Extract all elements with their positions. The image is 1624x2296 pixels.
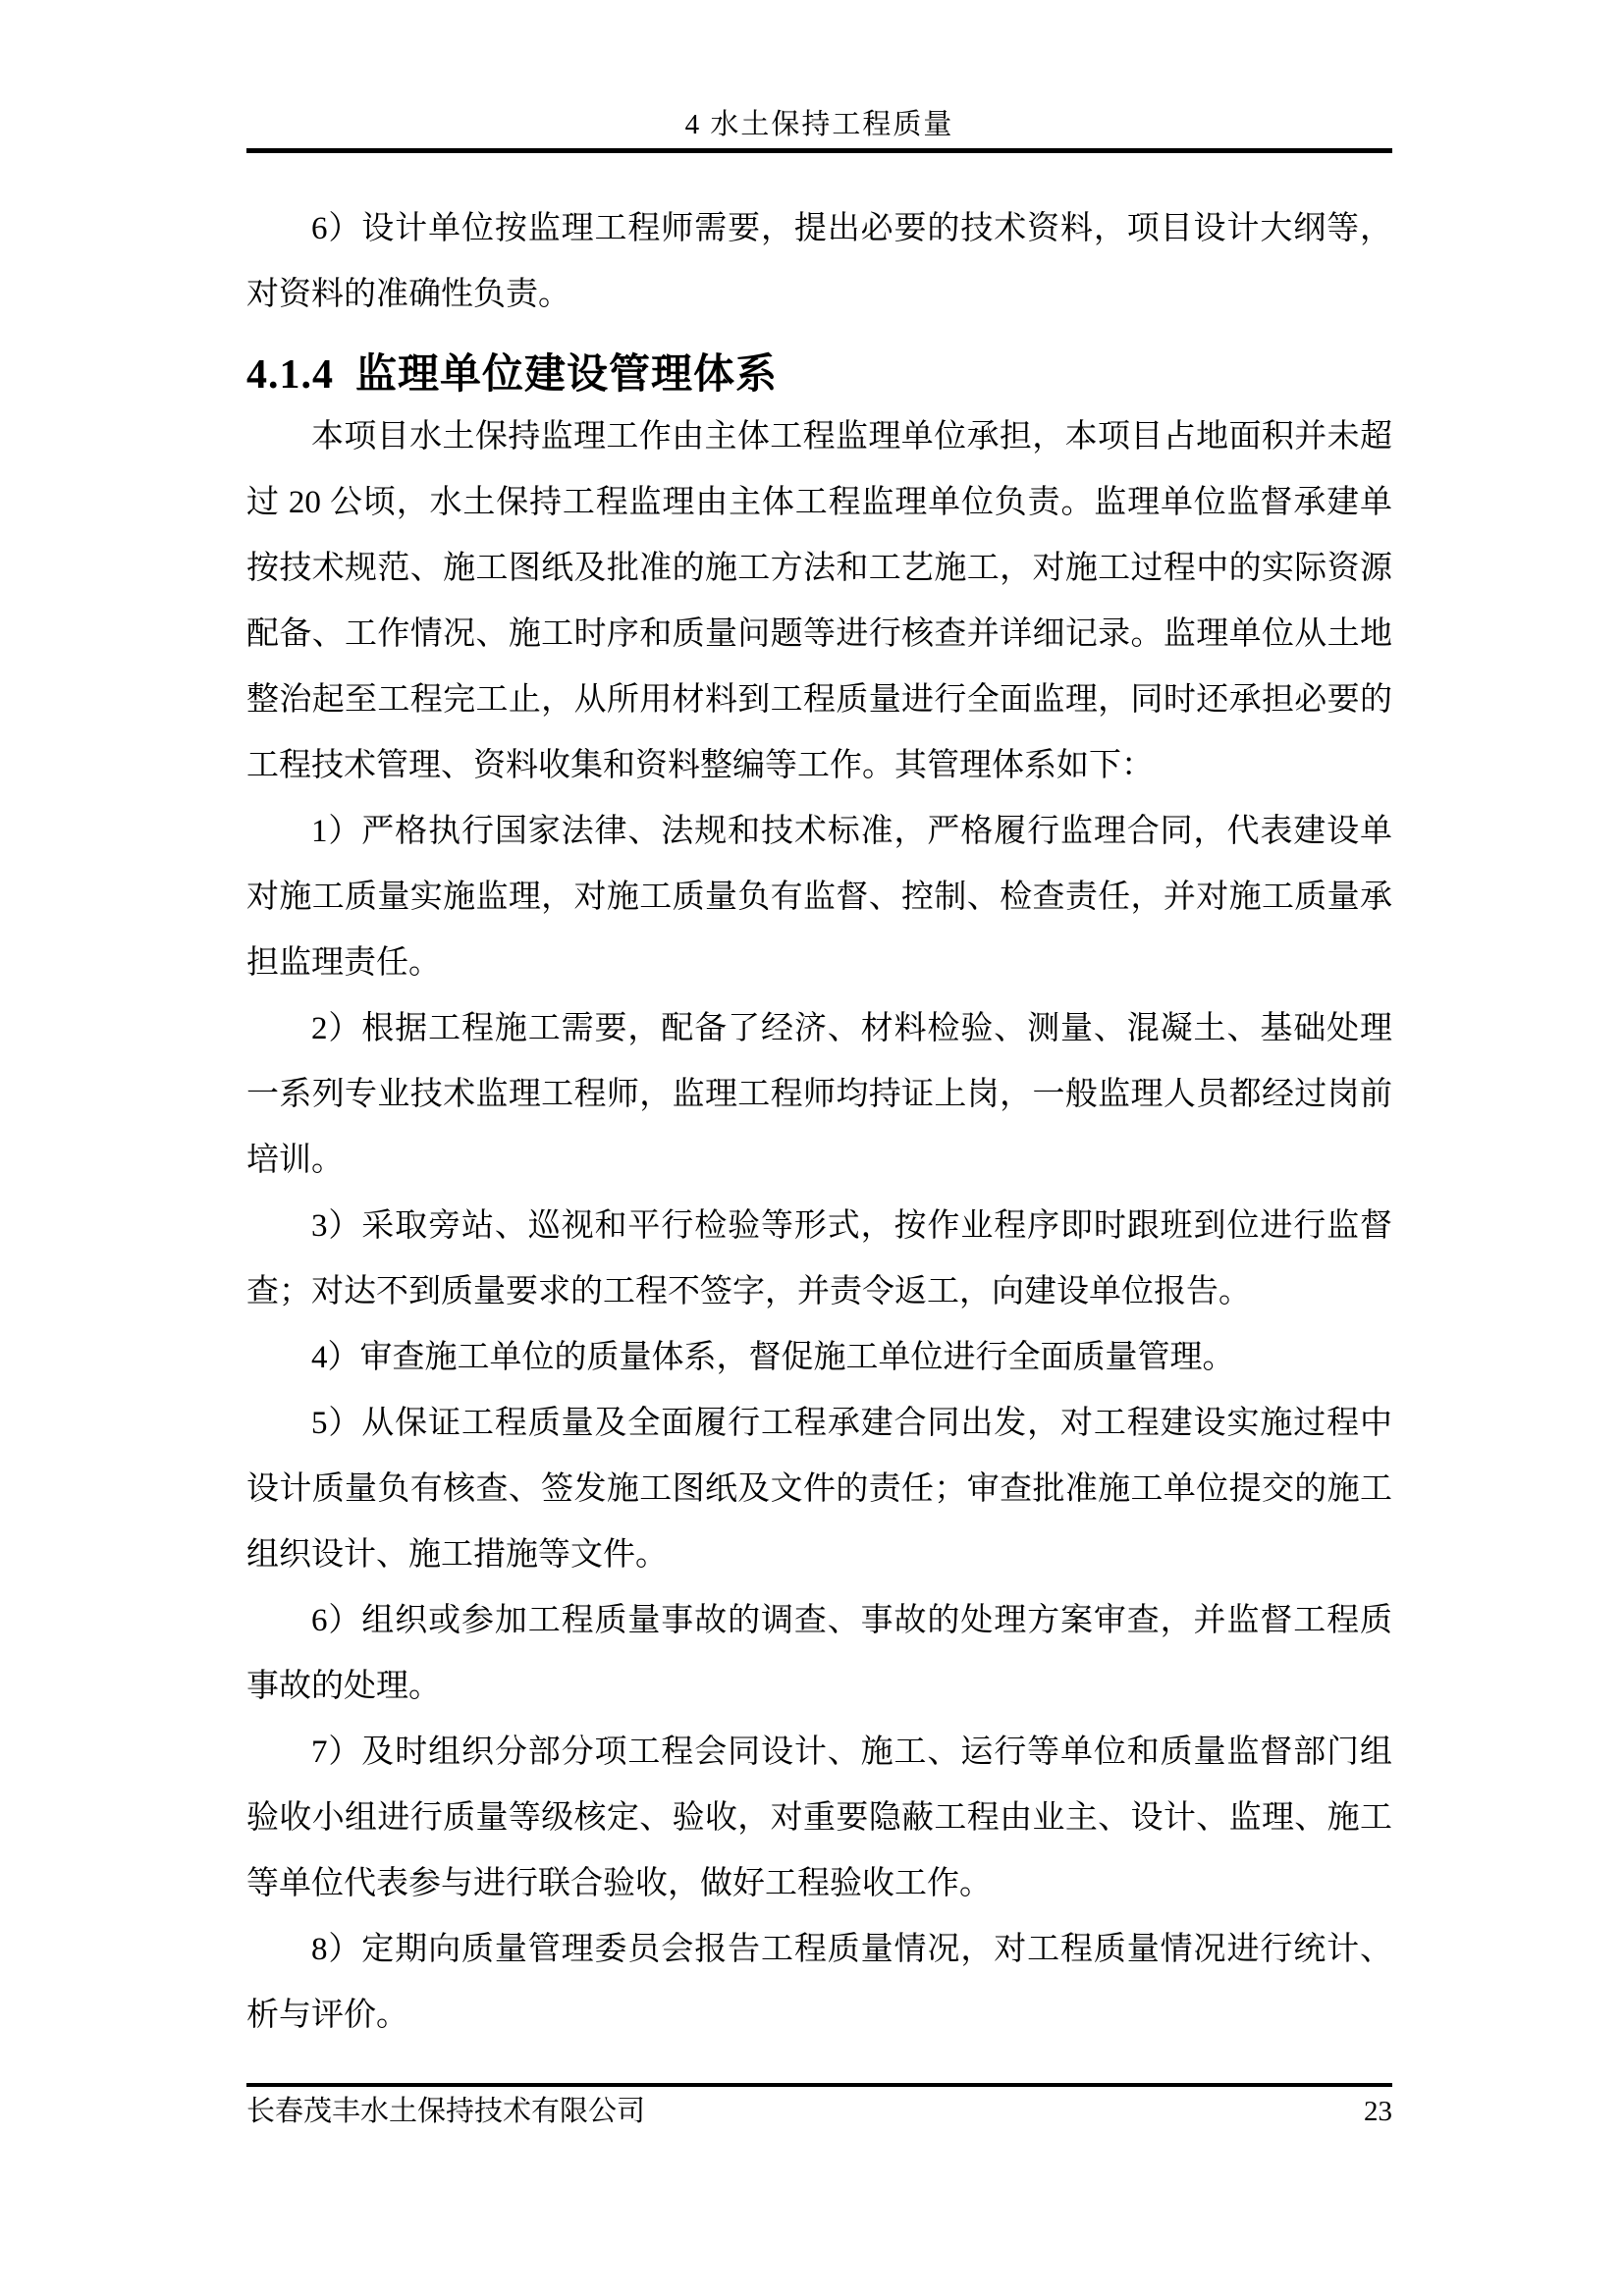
section-paragraphs: 本项目水土保持监理工作由主体工程监理单位承担，本项目占地面积并未超过 20 公顷… xyxy=(246,404,1392,2049)
body-line: 6）组织或参加工程质量事故的调查、事故的处理方案审查，并监督工程质量 xyxy=(311,1588,1392,1654)
paragraph: 2）根据工程施工需要，配备了经济、材料检验、测量、混凝土、基础处理等一系列专业技… xyxy=(246,996,1392,1194)
body-line: 1）严格执行国家法律、法规和技术标准，严格履行监理合同，代表建设单位 xyxy=(311,799,1392,865)
body-line: 6）设计单位按监理工程师需要，提出必要的技术资料，项目设计大纲等，并 xyxy=(311,196,1392,262)
document-page: 4 水土保持工程质量 6）设计单位按监理工程师需要，提出必要的技术资料，项目设计… xyxy=(0,0,1624,2296)
body-line: 4）审查施工单位的质量体系，督促施工单位进行全面质量管理。 xyxy=(311,1325,1392,1391)
intro-paragraphs: 6）设计单位按监理工程师需要，提出必要的技术资料，项目设计大纲等，并对资料的准确… xyxy=(246,196,1392,328)
body-line: 事故的处理。 xyxy=(246,1654,1392,1720)
body-line: 查；对达不到质量要求的工程不签字，并责令返工，向建设单位报告。 xyxy=(246,1259,1392,1325)
body-line: 按技术规范、施工图纸及批准的施工方法和工艺施工，对施工过程中的实际资源 xyxy=(246,536,1392,602)
body-line: 组织设计、施工措施等文件。 xyxy=(246,1522,1392,1588)
body-line: 析与评价。 xyxy=(246,1983,1392,2049)
body-line: 担监理责任。 xyxy=(246,931,1392,996)
footer-company-name: 长春茂丰水土保持技术有限公司 xyxy=(246,2091,645,2132)
paragraph: 本项目水土保持监理工作由主体工程监理单位承担，本项目占地面积并未超过 20 公顷… xyxy=(246,404,1392,799)
paragraph: 4）审查施工单位的质量体系，督促施工单位进行全面质量管理。 xyxy=(246,1325,1392,1391)
section-title: 监理单位建设管理体系 xyxy=(355,352,778,398)
body-line: 7）及时组织分部分项工程会同设计、施工、运行等单位和质量监督部门组成 xyxy=(311,1720,1392,1786)
paragraph: 6）组织或参加工程质量事故的调查、事故的处理方案审查，并监督工程质量事故的处理。 xyxy=(246,1588,1392,1720)
body-line: 整治起至工程完工止，从所用材料到工程质量进行全面监理，同时还承担必要的 xyxy=(246,667,1392,733)
section-heading: 4.1.4监理单位建设管理体系 xyxy=(246,346,1392,404)
section-number: 4.1.4 xyxy=(246,352,334,398)
paragraph: 1）严格执行国家法律、法规和技术标准，严格履行监理合同，代表建设单位对施工质量实… xyxy=(246,799,1392,996)
body-line: 过 20 公顷，水土保持工程监理由主体工程监理单位负责。监理单位监督承建单位 xyxy=(246,470,1392,536)
body-line: 工程技术管理、资料收集和资料整编等工作。其管理体系如下： xyxy=(246,733,1392,799)
document-body: 6）设计单位按监理工程师需要，提出必要的技术资料，项目设计大纲等，并对资料的准确… xyxy=(246,196,1392,2049)
body-line: 配备、工作情况、施工时序和质量问题等进行核查并详细记录。监理单位从土地 xyxy=(246,602,1392,667)
body-line: 培训。 xyxy=(246,1128,1392,1194)
body-line: 对资料的准确性负责。 xyxy=(246,262,1392,328)
body-line: 一系列专业技术监理工程师，监理工程师均持证上岗，一般监理人员都经过岗前 xyxy=(246,1062,1392,1128)
paragraph: 5）从保证工程质量及全面履行工程承建合同出发，对工程建设实施过程中的设计质量负有… xyxy=(246,1391,1392,1588)
body-line: 等单位代表参与进行联合验收，做好工程验收工作。 xyxy=(246,1851,1392,1917)
body-line: 3）采取旁站、巡视和平行检验等形式，按作业程序即时跟班到位进行监督检 xyxy=(311,1194,1392,1259)
page-header-title: 4 水土保持工程质量 xyxy=(246,104,1392,145)
paragraph: 8）定期向质量管理委员会报告工程质量情况，对工程质量情况进行统计、分析与评价。 xyxy=(246,1917,1392,2049)
body-line: 对施工质量实施监理，对施工质量负有监督、控制、检查责任，并对施工质量承 xyxy=(246,865,1392,931)
paragraph: 3）采取旁站、巡视和平行检验等形式，按作业程序即时跟班到位进行监督检查；对达不到… xyxy=(246,1194,1392,1325)
header-rule xyxy=(246,148,1392,153)
paragraph: 7）及时组织分部分项工程会同设计、施工、运行等单位和质量监督部门组成验收小组进行… xyxy=(246,1720,1392,1917)
body-line: 设计质量负有核查、签发施工图纸及文件的责任；审查批准施工单位提交的施工 xyxy=(246,1457,1392,1522)
body-line: 5）从保证工程质量及全面履行工程承建合同出发，对工程建设实施过程中的 xyxy=(311,1391,1392,1457)
footer-rule xyxy=(246,2083,1392,2087)
footer-page-number: 23 xyxy=(1364,2091,1392,2132)
body-line: 本项目水土保持监理工作由主体工程监理单位承担，本项目占地面积并未超 xyxy=(311,404,1392,470)
paragraph: 6）设计单位按监理工程师需要，提出必要的技术资料，项目设计大纲等，并对资料的准确… xyxy=(246,196,1392,328)
body-line: 验收小组进行质量等级核定、验收，对重要隐蔽工程由业主、设计、监理、施工 xyxy=(246,1786,1392,1851)
body-line: 8）定期向质量管理委员会报告工程质量情况，对工程质量情况进行统计、分 xyxy=(311,1917,1392,1983)
body-line: 2）根据工程施工需要，配备了经济、材料检验、测量、混凝土、基础处理等 xyxy=(311,996,1392,1062)
page-footer: 长春茂丰水土保持技术有限公司 23 xyxy=(246,2091,1392,2132)
